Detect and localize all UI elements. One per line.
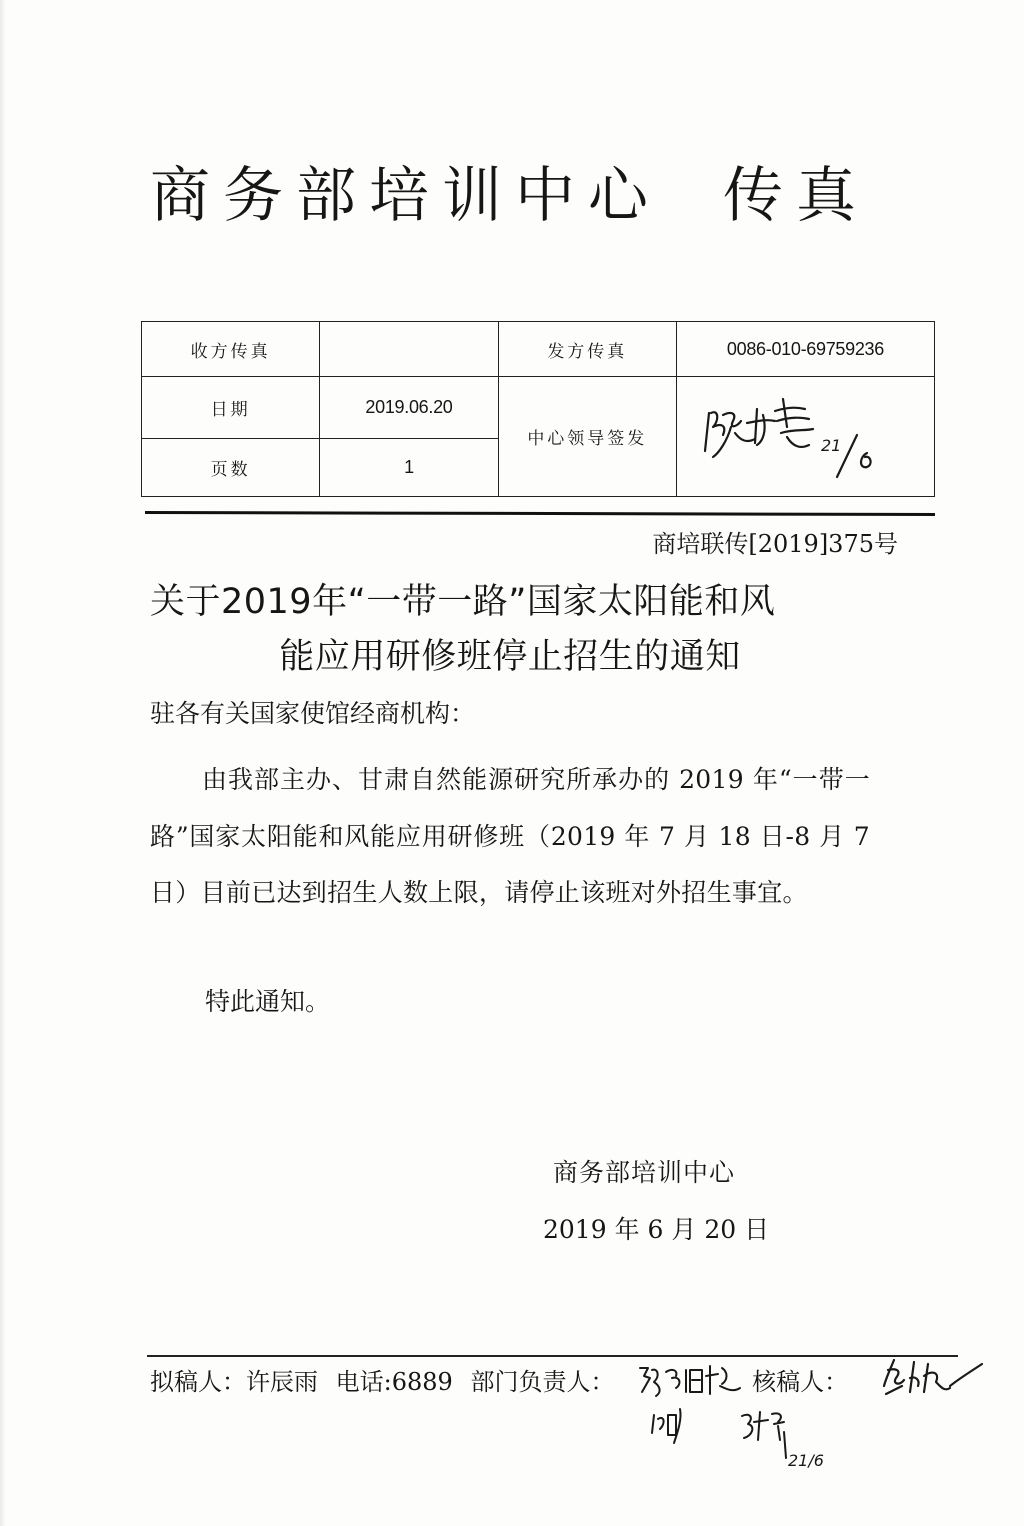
- fax-table-row: 收方传真 发方传真 0086-010-69759236: [142, 322, 935, 377]
- date-value: 2019.06.20: [320, 377, 499, 439]
- notice-body: 由我部主办、甘肃自然能源研究所承办的 2019 年“一带一路”国家太阳能和风能应…: [150, 752, 870, 922]
- fax-header-type: 传真: [723, 161, 869, 231]
- drafter-name: 许辰雨: [246, 1368, 318, 1396]
- closing-phrase: 特此通知。: [205, 982, 330, 1018]
- phone-label: 电话:: [336, 1368, 392, 1396]
- salutation: 驻各有关国家使馆经商机构：: [150, 694, 475, 730]
- svg-text:21/6: 21/6: [788, 1451, 824, 1470]
- notice-title-line-2: 能应用研修班停止招生的通知: [150, 630, 870, 685]
- signatory-organization: 商务部培训中心: [553, 1153, 735, 1189]
- reviewer-label: 核稿人：: [752, 1368, 848, 1396]
- dept-head-signature-icon: [636, 1362, 766, 1402]
- notice-title-line-1: 关于2019年“一带一路”国家太阳能和风: [150, 575, 870, 630]
- recipient-fax-label: 收方传真: [142, 322, 320, 377]
- sender-fax-value: 0086-010-69759236: [676, 322, 934, 377]
- approval-signature-cell: 21: [676, 377, 934, 497]
- recipient-fax-value: [320, 322, 499, 377]
- drafter-label: 拟稿人：: [150, 1368, 246, 1396]
- handwritten-signature-icon: 21: [697, 391, 897, 481]
- handwritten-initial-icon: [648, 1405, 698, 1445]
- scan-page-edge: [0, 0, 6, 1526]
- footer-divider: [147, 1355, 958, 1357]
- fax-info-table: 收方传真 发方传真 0086-010-69759236 日期 2019.06.2…: [141, 321, 935, 497]
- fax-table-row: 日期 2019.06.20 中心领导签发 21: [142, 377, 935, 439]
- pages-label: 页数: [142, 439, 320, 497]
- handwritten-approval-icon: 21/6: [738, 1408, 838, 1480]
- phone-value: 6889: [392, 1368, 453, 1396]
- pages-value: 1: [320, 439, 499, 497]
- dept-head-label: 部门负责人：: [470, 1368, 614, 1396]
- notice-title: 关于2019年“一带一路”国家太阳能和风 能应用研修班停止招生的通知: [150, 575, 870, 685]
- fax-header-title: 商务部培训中心传真: [150, 158, 910, 234]
- approval-label: 中心领导签发: [498, 377, 676, 497]
- sender-fax-label: 发方传真: [498, 322, 676, 377]
- svg-text:21: 21: [821, 436, 841, 455]
- fax-header-org: 商务部培训中心: [150, 161, 661, 231]
- signatory-date: 2019 年 6 月 20 日: [543, 1210, 769, 1246]
- reviewer-signature-icon: [880, 1356, 990, 1406]
- document-number: 商培联传[2019]375号: [652, 524, 898, 559]
- date-label: 日期: [142, 377, 320, 439]
- header-divider: [145, 511, 935, 516]
